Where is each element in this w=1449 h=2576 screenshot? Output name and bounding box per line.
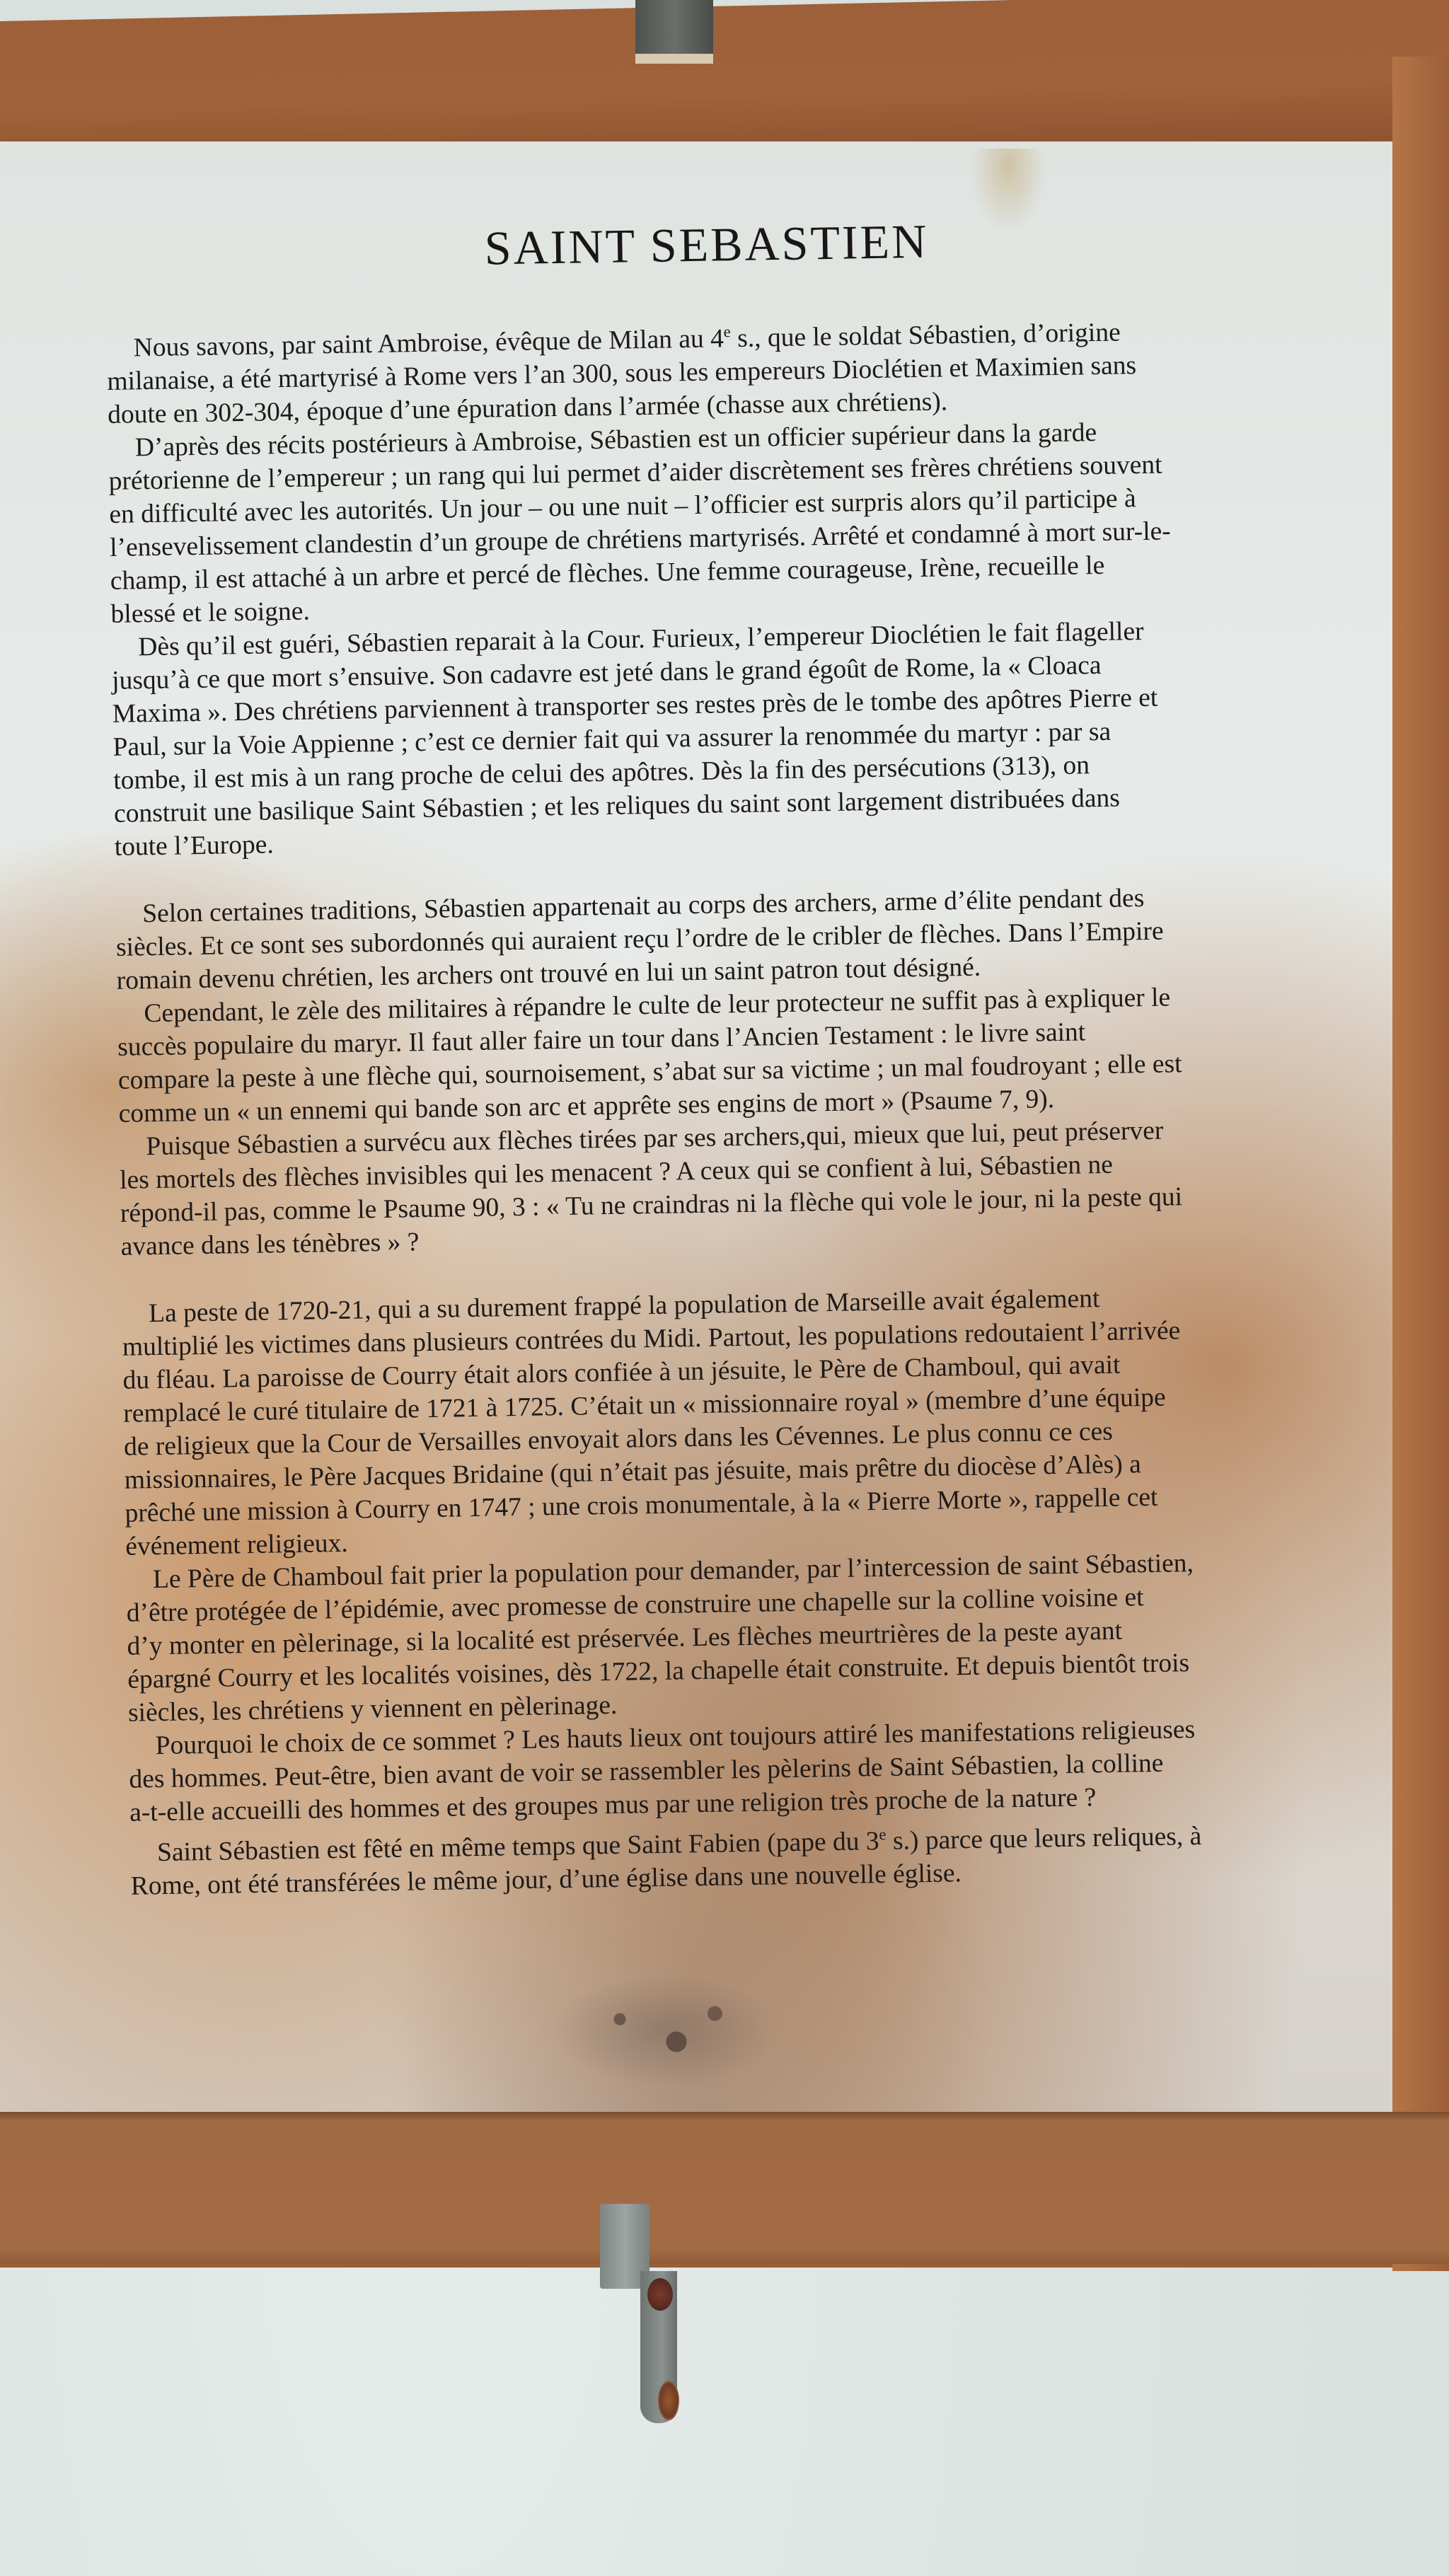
paragraph: Cependant, le zèle des militaires à répa… [117,979,1293,1131]
document-body: Nous savons, par saint Ambroise, évêque … [106,306,1305,1903]
hanging-hook-icon [635,0,713,64]
paragraph: Pourquoi le choix de ce sommet ? Les hau… [128,1711,1304,1830]
paragraph: Le Père de Chamboul fait prier la popula… [126,1545,1303,1730]
paragraph: Puisque Sébastien a survécu aux flèches … [119,1112,1295,1264]
frame-bottom-rail [0,2112,1449,2264]
paragraph: Nous savons, par saint Ambroise, évêque … [106,306,1282,432]
screw-icon [647,2278,673,2311]
paragraph: D’après des récits postérieurs à Ambrois… [108,413,1286,631]
frame-right-rail [1392,57,1449,2271]
wall-screw-icon [658,2381,679,2420]
notice-document: SAINT SEBASTIEN Nous savons, par saint A… [105,208,1305,1903]
paragraph: Selon certaines traditions, Sébastien ap… [115,879,1291,998]
mold-spots [552,1974,778,2087]
paragraph: La peste de 1720-21, qui a su durement f… [122,1279,1300,1564]
paragraph: Dès qu’il est guéri, Sébastien reparait … [111,613,1289,864]
